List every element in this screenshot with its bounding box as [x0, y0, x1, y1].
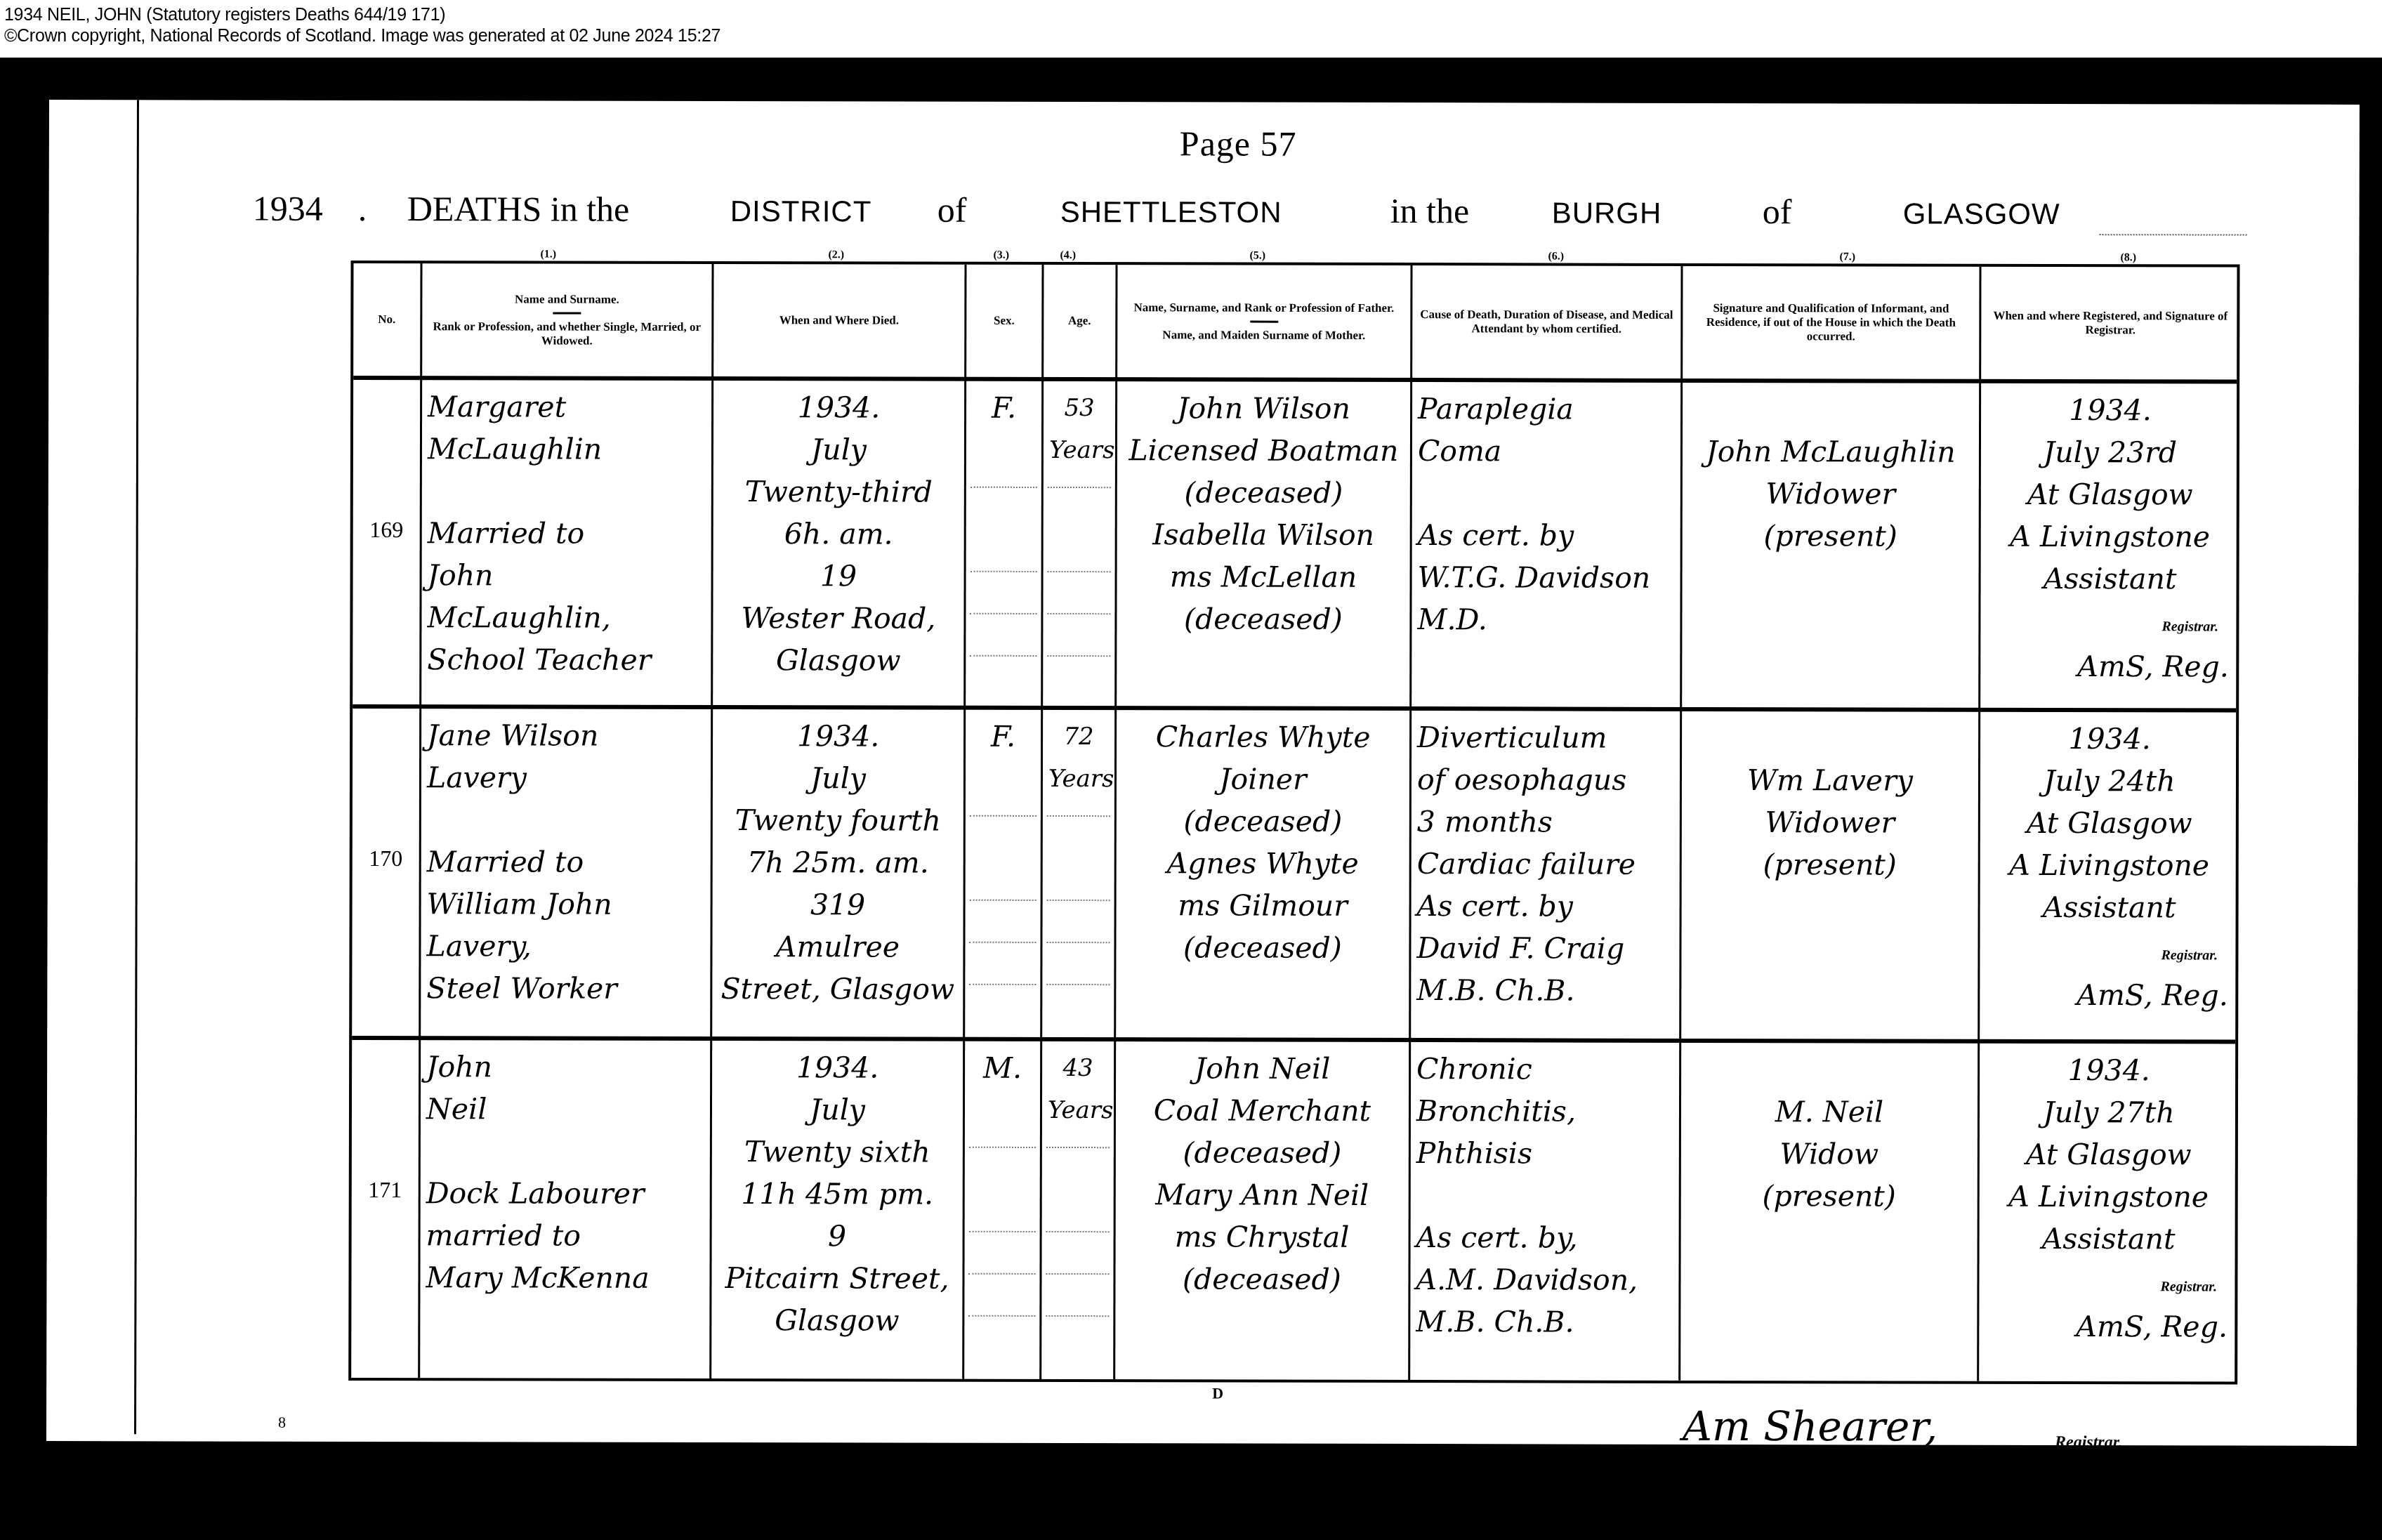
register-title: 1934 . DEATHS in the DISTRICT of SHETTLE…	[49, 187, 2360, 249]
entry-parents: John WilsonLicensed Boatman(deceased)Isa…	[1117, 381, 1410, 646]
entry-cause-line: M.B. Ch.B.	[1416, 1301, 1673, 1343]
header-sex-text: Sex.	[994, 314, 1015, 328]
entry-cause-line: M.D.	[1417, 598, 1674, 641]
entry-name-line: Married to	[427, 841, 705, 883]
title-fill-line	[2100, 234, 2247, 235]
guide-line	[970, 613, 1037, 614]
entry-cause-line: A.M. Davidson,	[1416, 1258, 1673, 1301]
entry-registrar-label: Registrar.	[2161, 619, 2218, 635]
entry-age-line: Years	[1049, 429, 1110, 471]
header-informant: Signature and Qualification of Informant…	[1683, 266, 1979, 379]
entry-age: 53Years	[1044, 381, 1115, 477]
entry-parents-line: Charles Whyte	[1122, 716, 1404, 758]
entry-name-line	[427, 798, 705, 841]
guide-line	[1047, 655, 1110, 657]
entry-registrar-signature: AmS, Reg.	[2071, 968, 2234, 1022]
header-no-text: No.	[378, 312, 395, 327]
entry-registered-line: A Livingstone	[1986, 844, 2233, 887]
title-burgh-label: BURGH	[1552, 196, 1662, 230]
guide-line	[1048, 571, 1111, 572]
entry-when-where-line: Twenty-third	[719, 470, 959, 513]
entry-cause-line: of oesophagus	[1417, 758, 1674, 801]
entry-when-where-line: 9	[718, 1215, 957, 1258]
entry-name-line	[428, 470, 706, 513]
entry-cause: ChronicBronchitis,PhthisisAs cert. by,A.…	[1410, 1042, 1679, 1349]
title-district-name: SHETTLESTON	[1060, 195, 1282, 230]
entry-when-where: 1934.JulyTwenty fourth7h 25m. am.319Amul…	[712, 709, 963, 1016]
entry-registered-line: July 23rd	[1987, 431, 2234, 474]
entry-parents-line: Joiner	[1122, 758, 1404, 801]
entry-age: 43Years	[1042, 1041, 1114, 1137]
entry-parents: Charles WhyteJoiner(deceased)Agnes Whyte…	[1116, 710, 1409, 975]
entry-cause-line: W.T.G. Davidson	[1418, 556, 1675, 599]
entry-when-where: 1934.JulyTwenty-third6h. am.19Wester Roa…	[713, 381, 964, 687]
entry-when-where: 1934.JulyTwenty sixth11h 45m pm.9Pitcair…	[711, 1041, 963, 1348]
entry-when-where-line: July	[719, 428, 959, 471]
entry-registered: 1934.July 24thAt GlasgowA LivingstoneAss…	[1980, 712, 2239, 935]
header-informant-text: Signature and Qualification of Informant…	[1687, 301, 1975, 344]
entry-informant-line: (present)	[1687, 1175, 1972, 1218]
entry-cause: Diverticulumof oesophagus3 monthsCardiac…	[1411, 711, 1680, 1018]
entry-age: 72Years	[1043, 710, 1114, 805]
guide-line	[1048, 487, 1111, 488]
entry-name-line: School Teacher	[427, 638, 705, 681]
entry-when-where-line: 319	[718, 883, 958, 926]
entry-when-where-line: 11h 45m pm.	[718, 1173, 957, 1216]
entry-when-where-line: 1934.	[718, 1046, 957, 1089]
page-margin-rule	[134, 100, 139, 1434]
guide-line	[1047, 815, 1110, 817]
entry-name-line: Mary McKenna	[426, 1256, 704, 1299]
guide-line	[1047, 900, 1110, 901]
entry-cause-line: Diverticulum	[1417, 716, 1674, 759]
entry-age-line: Years	[1048, 1089, 1108, 1131]
entry-name-line: McLaughlin,	[427, 596, 705, 639]
guide-line	[970, 571, 1037, 572]
entry-name-line: William John	[427, 883, 705, 926]
entry-parents-line: ms Chrystal	[1121, 1216, 1403, 1258]
header-name-bottom: Rank or Profession, and whether Single, …	[426, 320, 707, 348]
column-number-3: (3.)	[994, 249, 1010, 262]
header-cause-text: Cause of Death, Duration of Disease, and…	[1416, 308, 1676, 336]
header-when-where: When and Where Died.	[713, 264, 964, 377]
entry-registered-line: 1934.	[1987, 389, 2234, 432]
column-number-4: (4.)	[1060, 249, 1077, 262]
entry-cause-line: M.B. Ch.B.	[1416, 969, 1673, 1012]
entry-when-where-line: Pitcairn Street,	[717, 1257, 956, 1300]
column-number-1: (1.)	[541, 248, 557, 261]
header-registered: When and where Registered, and Signature…	[1981, 267, 2239, 380]
entry-name-line: Jane Wilson	[427, 714, 705, 757]
entry-when-where-line: July	[718, 1088, 957, 1131]
entry-sex: M.	[965, 1041, 1040, 1095]
page-number: Page 57	[1180, 123, 1297, 164]
entry-age-line: 72	[1048, 716, 1109, 758]
entry-informant: M. NeilWidow(present)	[1681, 1085, 1978, 1223]
entry-name-line: married to	[426, 1214, 704, 1257]
entry-parents-line: Isabella Wilson	[1123, 513, 1404, 556]
entry-parents-line: ms McLellan	[1123, 555, 1404, 598]
entry-informant-line: John McLaughlin	[1688, 430, 1973, 473]
entry-cause: ParaplegiaComaAs cert. byW.T.G. Davidson…	[1412, 382, 1680, 647]
entry-sex: F.	[966, 381, 1041, 435]
entry-when-where-line: 19	[719, 555, 959, 598]
entry-parents-line: (deceased)	[1122, 800, 1404, 843]
entry-parents-line: John Neil	[1121, 1047, 1403, 1090]
title-dot: .	[358, 188, 367, 229]
deaths-register-table: No. Name and Surname. Rank or Profession…	[348, 261, 2239, 1385]
entry-informant-line: (present)	[1687, 843, 1973, 886]
entry-parents: John NeilCoal Merchant(deceased)Mary Ann…	[1115, 1041, 1409, 1306]
entry-informant-line: Widower	[1687, 801, 1973, 844]
entry-number: 170	[353, 845, 419, 871]
title-in-the: in the	[1390, 190, 1470, 231]
entry-number: 169	[353, 517, 420, 543]
column-number-2: (2.)	[829, 249, 845, 261]
header-parents-bottom: Name, and Maiden Surname of Mother.	[1162, 328, 1365, 343]
register-page: Page 57 1934 . DEATHS in the DISTRICT of…	[46, 100, 2360, 1446]
entry-registered-line: A Livingstone	[1985, 1176, 2232, 1218]
entry-registered-line: 1934.	[1985, 1049, 2232, 1092]
entry-parents-line: ms Gilmour	[1122, 884, 1404, 927]
entry-registrar-label: Registrar.	[2160, 1279, 2217, 1295]
guide-line	[968, 1315, 1035, 1317]
entry-when-where-line: 1934.	[718, 715, 958, 758]
entry-registered-line: At Glasgow	[1985, 1133, 2232, 1176]
entry-cause-line: As cert. by,	[1416, 1216, 1673, 1259]
entry-when-where-line: Street, Glasgow	[718, 968, 957, 1011]
guide-line	[1046, 942, 1110, 943]
entry-cause-line: Chronic	[1416, 1048, 1673, 1091]
entry-cause-line	[1418, 472, 1675, 515]
entry-name-line	[426, 1130, 704, 1173]
entry-name-line: Steel Worker	[426, 967, 704, 1010]
entry-sex-value: F.	[971, 716, 1035, 758]
entry-when-where-line: Glasgow	[717, 1299, 956, 1342]
entry-parents-line: Mary Ann Neil	[1121, 1173, 1403, 1216]
entry-informant-line: M. Neil	[1687, 1091, 1972, 1133]
guide-line	[970, 655, 1037, 657]
guide-line	[969, 1231, 1036, 1232]
entry-cause-line: David F. Craig	[1416, 927, 1673, 970]
column-number-7: (7.)	[1840, 251, 1856, 263]
entry-name-line: Lavery,	[426, 925, 704, 968]
entry-when-where-line: Wester Road,	[718, 597, 958, 640]
entry-cause-line: Paraplegia	[1418, 388, 1675, 430]
entry-cause-line: Bronchitis,	[1416, 1090, 1673, 1133]
entry-name-line: John	[428, 554, 706, 597]
entry-registered-line: 1934.	[1986, 718, 2233, 761]
entry-registered-line: At Glasgow	[1987, 473, 2234, 516]
registrar-signature: Am Shearer,	[1683, 1402, 1937, 1451]
header-age-text: Age.	[1068, 314, 1091, 328]
entry-registered-line: Assistant	[1985, 1218, 2232, 1261]
entry-name-line: Neil	[426, 1088, 704, 1131]
guide-line	[968, 1273, 1035, 1275]
guide-line	[1046, 1231, 1110, 1232]
entry-registered-line: July 27th	[1985, 1091, 2232, 1134]
entry-informant: John McLaughlinWidower(present)	[1683, 425, 1979, 563]
column-number-5: (5.)	[1250, 250, 1266, 263]
footer-page-mark: 8	[278, 1414, 286, 1432]
entry-informant: Wm LaveryWidower(present)	[1682, 753, 1978, 892]
header-name: Name and Surname. Rank or Profession, an…	[422, 263, 711, 376]
caption-record-title: 1934 NEIL, JOHN (Statutory registers Dea…	[4, 4, 2382, 25]
entry-age-line: 43	[1048, 1047, 1108, 1089]
header-name-top: Name and Surname.	[515, 292, 619, 306]
entry-sex-value: M.	[970, 1047, 1034, 1089]
entry-parents-line: Licensed Boatman	[1123, 429, 1404, 472]
entry-when-where-line: Twenty sixth	[718, 1131, 957, 1173]
entry-cause-line: Cardiac failure	[1417, 843, 1674, 886]
entry-cause-line: As cert. by	[1418, 514, 1675, 557]
header-sex: Sex.	[966, 265, 1041, 377]
guide-line	[969, 984, 1036, 985]
header-when-where-text: When and Where Died.	[779, 313, 899, 327]
entry-name-line: Margaret	[428, 386, 706, 428]
caption-copyright: ©Crown copyright, National Records of Sc…	[4, 25, 2382, 46]
guide-line	[970, 900, 1037, 901]
registrar-label: Registrar.	[2055, 1433, 2123, 1452]
entry-when-where-line: Twenty fourth	[718, 799, 958, 842]
entry-parents-line: (deceased)	[1122, 598, 1404, 640]
title-burgh-name: GLASGOW	[1903, 197, 2060, 231]
entry-registered-line: At Glasgow	[1986, 802, 2233, 845]
entry-name-line: Married to	[428, 512, 706, 555]
guide-line	[970, 487, 1037, 488]
guide-line	[970, 815, 1037, 817]
entry-parents-line: Agnes Whyte	[1122, 842, 1404, 885]
entry-cause-line: 3 months	[1417, 801, 1674, 843]
entry-registered-line: Assistant	[1987, 558, 2234, 600]
header-separator	[1250, 320, 1278, 322]
entry-age-line: 53	[1049, 387, 1110, 429]
entry-informant-line: Wm Lavery	[1687, 759, 1973, 802]
entry-name: MargaretMcLaughlinMarried toJohnMcLaughl…	[421, 380, 711, 687]
guide-line	[1046, 1273, 1109, 1275]
header-separator	[553, 312, 581, 314]
entry-when-where-line: 1934.	[719, 386, 959, 429]
guide-line	[1046, 1315, 1109, 1317]
entry-cause-line: Coma	[1418, 430, 1675, 473]
entry-when-where-line: 7h 25m. am.	[718, 841, 958, 884]
guide-line	[969, 942, 1036, 943]
entry-cause-line: As cert. by	[1417, 885, 1674, 928]
title-year: 1934	[253, 188, 323, 229]
entry-age-line: Years	[1048, 758, 1109, 800]
entry-name-line: McLaughlin	[428, 428, 706, 470]
entry-registrar-signature: AmS, Reg.	[2072, 640, 2235, 693]
guide-line	[1046, 1147, 1110, 1148]
entry-number: 171	[352, 1177, 419, 1203]
title-deaths: DEATHS in the	[407, 188, 630, 230]
entry-registered-line: July 24th	[1986, 760, 2233, 803]
header-age: Age.	[1044, 265, 1115, 377]
entry-parents-line: John Wilson	[1123, 387, 1404, 430]
header-no: No.	[353, 263, 420, 376]
header-cause: Cause of Death, Duration of Disease, and…	[1412, 265, 1680, 379]
title-of-1: of	[937, 190, 967, 230]
entry-sex-value: F.	[972, 387, 1036, 429]
title-district-label: DISTRICT	[730, 195, 872, 228]
entry-registered: 1934.July 27thAt GlasgowA LivingstoneAss…	[1980, 1044, 2239, 1266]
title-of-2: of	[1763, 191, 1792, 232]
entry-parents-line: (deceased)	[1121, 1131, 1403, 1174]
entry-sex: F.	[966, 710, 1041, 763]
guide-line	[1047, 613, 1110, 614]
entry-cause-line	[1416, 1174, 1673, 1217]
entry-registered-line: Assistant	[1986, 886, 2233, 929]
column-number-6: (6.)	[1548, 250, 1565, 263]
entry-registered: 1934.July 23rdAt GlasgowA LivingstoneAss…	[1980, 383, 2239, 606]
entry-informant-line: Widower	[1688, 473, 1973, 515]
column-number-8: (8.)	[2121, 251, 2137, 264]
header-parents: Name, Surname, and Rank or Profession of…	[1117, 265, 1410, 378]
entry-name: JohnNeilDock Labourermarried toMary McKe…	[420, 1040, 710, 1305]
entry-informant-line: (present)	[1688, 515, 1973, 558]
entry-name: Jane WilsonLaveryMarried toWilliam JohnL…	[421, 709, 711, 1015]
image-caption: 1934 NEIL, JOHN (Statutory registers Dea…	[0, 0, 2382, 58]
entry-when-where-line: July	[718, 757, 958, 800]
entry-name-line: John	[426, 1046, 704, 1088]
entry-parents-line: Coal Merchant	[1121, 1089, 1403, 1132]
guide-line	[969, 1147, 1036, 1148]
entry-informant-line: Widow	[1687, 1133, 1972, 1176]
footer-letter: D	[1212, 1384, 1223, 1402]
entry-registered-line: A Livingstone	[1987, 515, 2234, 558]
entry-parents-line: (deceased)	[1123, 471, 1404, 514]
entry-cause-line: Phthisis	[1416, 1132, 1673, 1175]
entry-name-line: Lavery	[427, 756, 705, 799]
entry-registrar-label: Registrar.	[2161, 947, 2218, 963]
entry-when-where-line: 6h. am.	[719, 513, 959, 555]
entry-parents-line: (deceased)	[1121, 1258, 1402, 1301]
entry-when-where-line: Glasgow	[718, 639, 958, 682]
guide-line	[1046, 984, 1110, 985]
header-parents-top: Name, Surname, and Rank or Profession of…	[1133, 301, 1394, 315]
entry-parents-line: (deceased)	[1121, 926, 1403, 969]
header-registered-text: When and where Registered, and Signature…	[1985, 309, 2235, 338]
entry-name-line: Dock Labourer	[426, 1172, 704, 1215]
entry-registrar-signature: AmS, Reg.	[2070, 1300, 2233, 1353]
entry-when-where-line: Amulree	[718, 926, 957, 968]
